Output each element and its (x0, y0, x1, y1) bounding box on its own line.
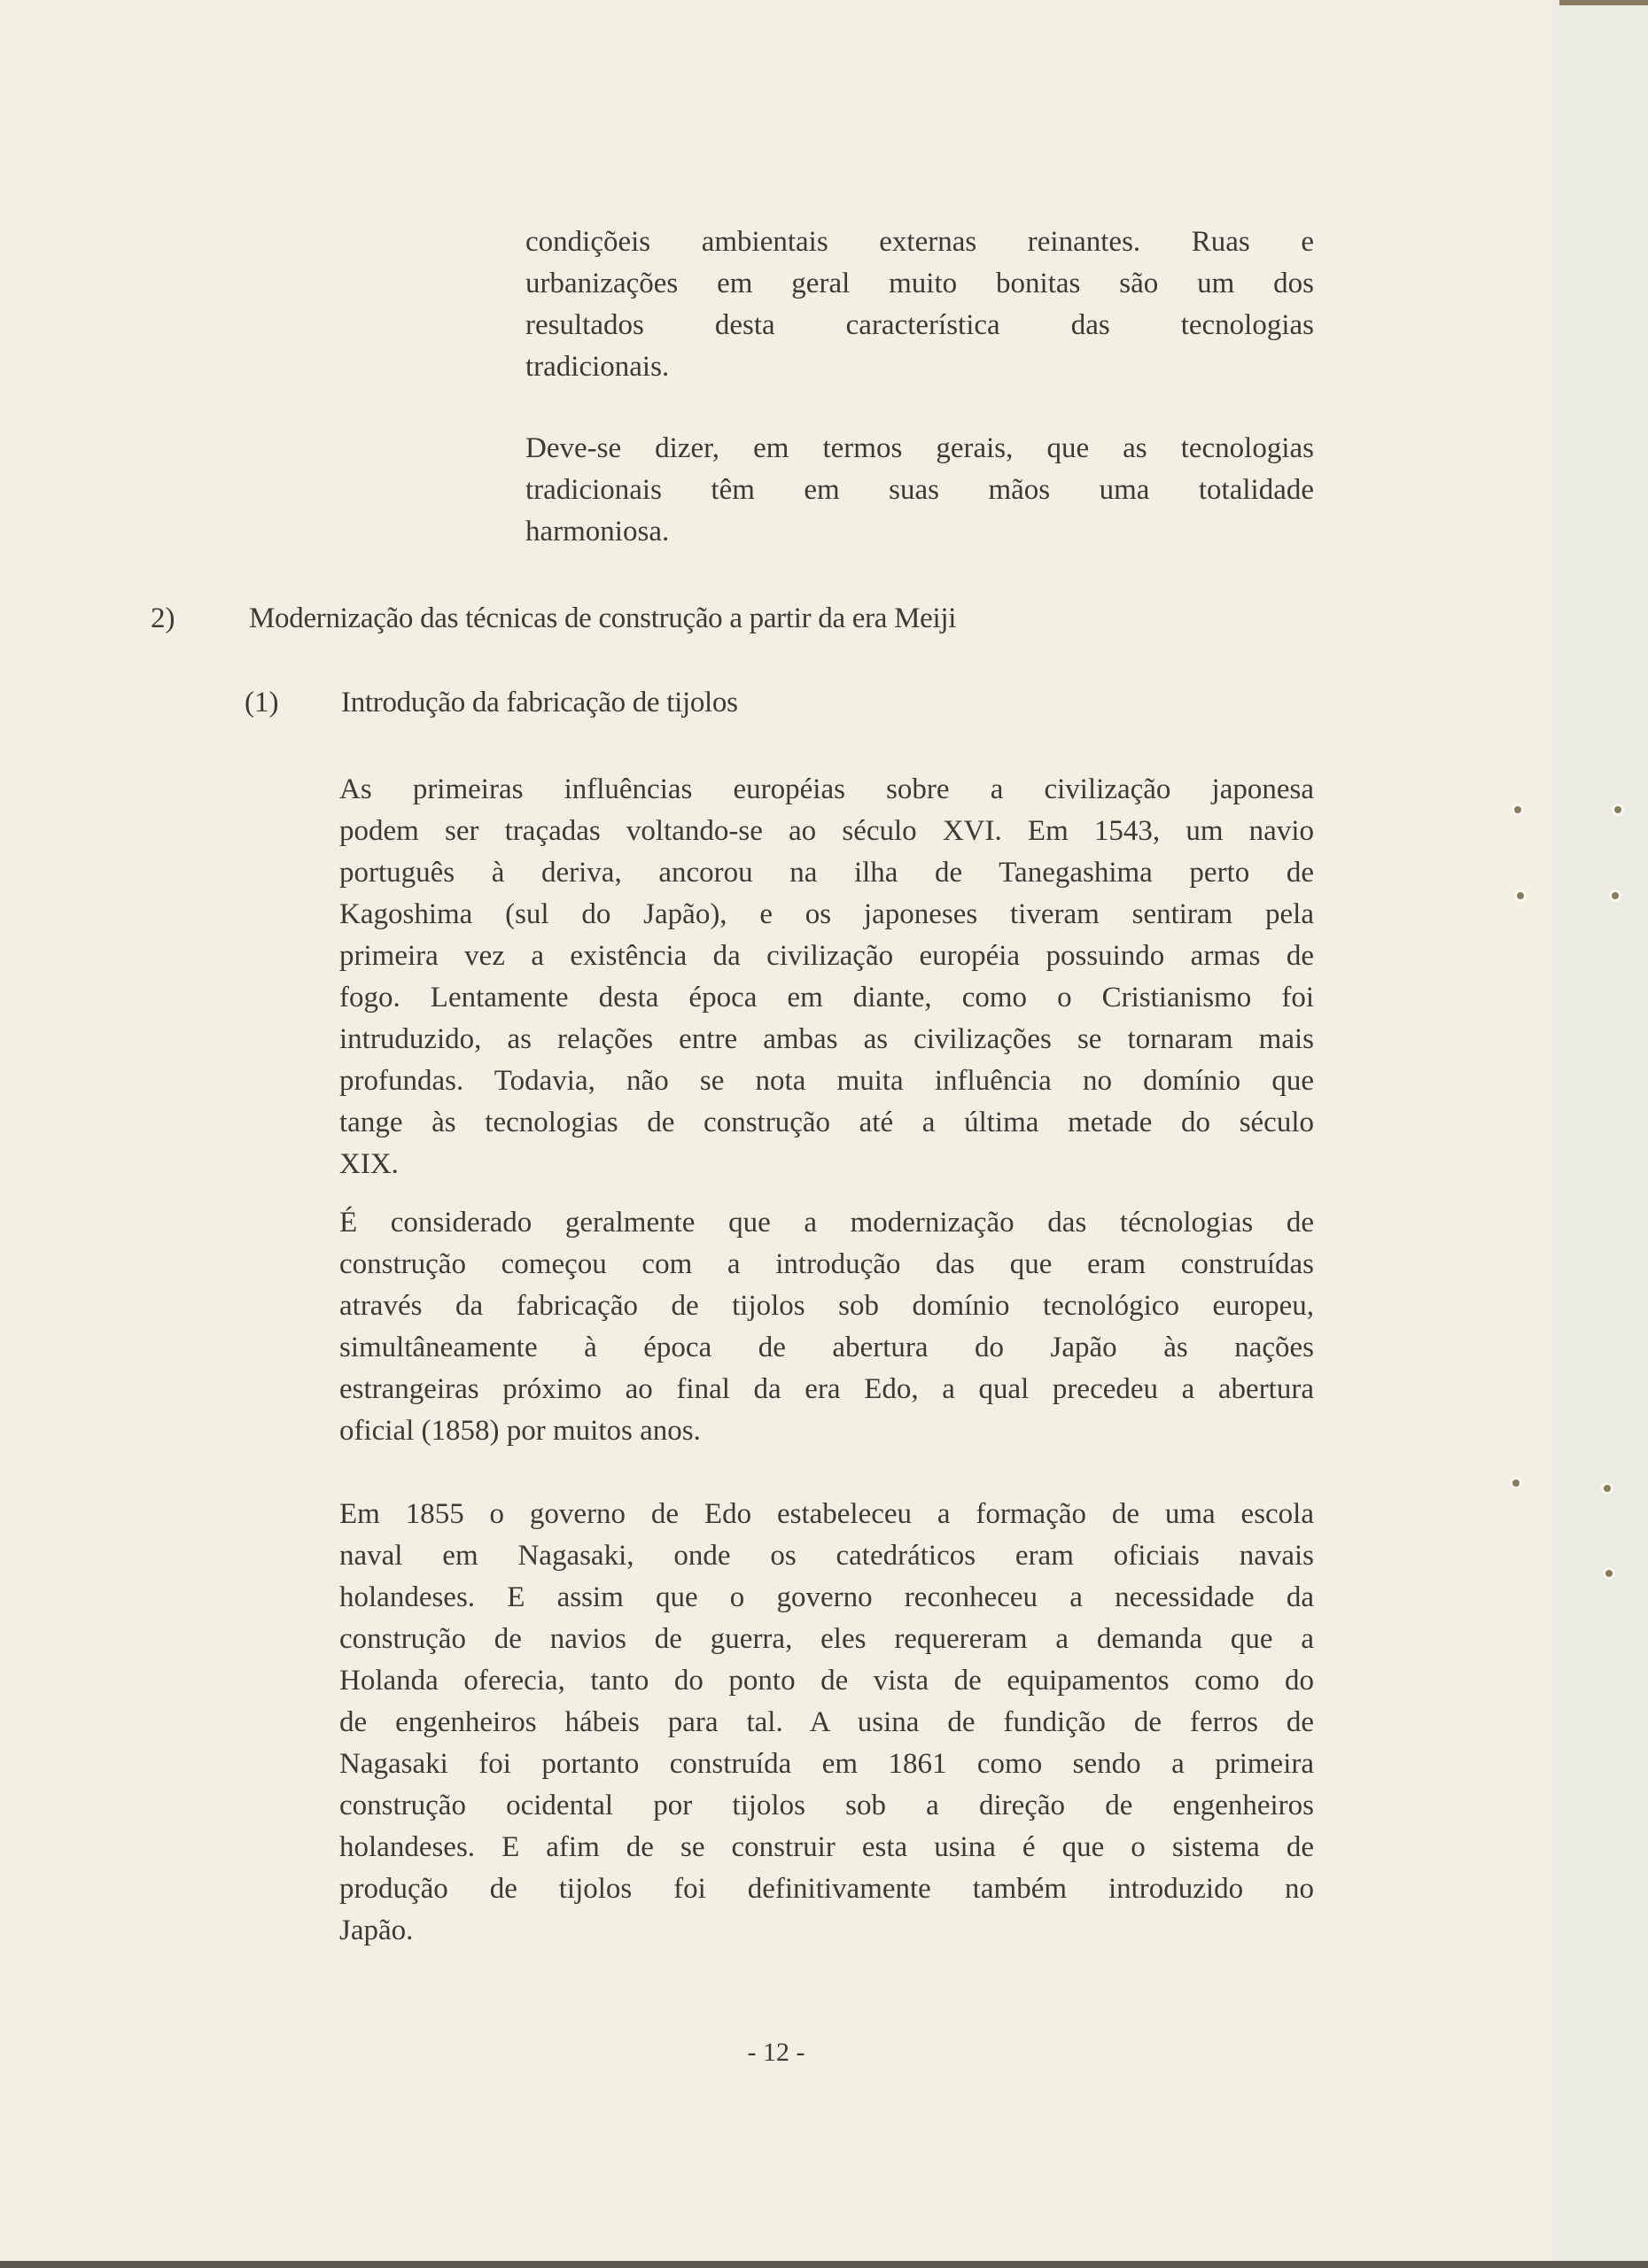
text-line: tradicionais. (525, 346, 1314, 388)
text-line: oficial (1858) por muitos anos. (339, 1410, 1314, 1452)
staple-hole-icon (1604, 1485, 1611, 1492)
text-line: tange às tecnologias de construção até a… (339, 1102, 1314, 1144)
text-line: podem ser traçadas voltando-se ao século… (339, 811, 1314, 852)
text-line: construção ocidental por tijolos sob a d… (339, 1785, 1314, 1827)
staple-hole-icon (1517, 892, 1524, 899)
text-line: fogo. Lentamente desta época em diante, … (339, 977, 1314, 1019)
text-line: Em 1855 o governo de Edo estabeleceu a f… (339, 1494, 1314, 1535)
text-line: naval em Nagasaki, onde os catedráticos … (339, 1535, 1314, 1577)
text-line: de engenheiros hábeis para tal. A usina … (339, 1702, 1314, 1744)
text-line: construção começou com a introdução das … (339, 1244, 1314, 1285)
paragraph-body-3: Em 1855 o governo de Edo estabeleceu a f… (339, 1494, 1314, 1952)
subsection-number: (1) (245, 687, 278, 719)
text-line: através da fabricação de tijolos sob dom… (339, 1285, 1314, 1327)
binding-edge-top (1559, 0, 1648, 5)
text-line: condiçõeis ambientais externas reinantes… (525, 221, 1314, 263)
section-number: 2) (151, 602, 175, 635)
text-line: intruduzido, as relações entre ambas as … (339, 1019, 1314, 1060)
section-title: Modernização das técnicas de construção … (249, 602, 956, 635)
text-line: produção de tijolos foi definitivamente … (339, 1868, 1314, 1910)
text-line: XIX. (339, 1144, 1314, 1185)
staple-hole-icon (1614, 806, 1621, 813)
text-line: É considerado geralmente que a moderniza… (339, 1202, 1314, 1244)
text-line: construção de navios de guerra, eles req… (339, 1619, 1314, 1660)
text-line: As primeiras influências européias sobre… (339, 769, 1314, 811)
staple-hole-icon (1605, 1570, 1613, 1577)
text-line: primeira vez a existência da civilização… (339, 936, 1314, 977)
text-line: estrangeiras próximo ao final da era Edo… (339, 1369, 1314, 1410)
paragraph-body-1: As primeiras influências européias sobre… (339, 769, 1314, 1185)
text-line: harmoniosa. (525, 511, 1314, 553)
staple-hole-icon (1514, 806, 1521, 813)
staple-hole-icon (1512, 1480, 1520, 1487)
text-line: tradicionais têm em suas mãos uma totali… (525, 470, 1314, 511)
paragraph-top-2: Deve-se dizer, em termos gerais, que as … (525, 428, 1314, 553)
text-line: português à deriva, ancorou na ilha de T… (339, 852, 1314, 894)
text-line: Japão. (339, 1910, 1314, 1952)
text-line: profundas. Todavia, não se nota muita in… (339, 1060, 1314, 1102)
document-page: condiçõeis ambientais externas reinantes… (0, 0, 1552, 2268)
text-line: holandeses. E assim que o governo reconh… (339, 1577, 1314, 1619)
text-line: simultâneamente à época de abertura do J… (339, 1327, 1314, 1369)
scan-edge-bottom (0, 2261, 1648, 2268)
text-line: Deve-se dizer, em termos gerais, que as … (525, 428, 1314, 470)
paragraph-top-1: condiçõeis ambientais externas reinantes… (525, 221, 1314, 388)
text-line: Nagasaki foi portanto construída em 1861… (339, 1744, 1314, 1785)
text-line: Kagoshima (sul do Japão), e os japoneses… (339, 894, 1314, 936)
next-page-edge (1552, 0, 1648, 2268)
text-line: resultados desta característica das tecn… (525, 305, 1314, 346)
staple-hole-icon (1612, 892, 1619, 899)
subsection-title: Introdução da fabricação de tijolos (341, 687, 738, 719)
page-number: - 12 - (0, 2038, 1552, 2068)
text-line: Holanda oferecia, tanto do ponto de vist… (339, 1660, 1314, 1702)
text-line: urbanizações em geral muito bonitas são … (525, 263, 1314, 305)
text-line: holandeses. E afim de se construir esta … (339, 1827, 1314, 1868)
paragraph-body-2: É considerado geralmente que a moderniza… (339, 1202, 1314, 1452)
